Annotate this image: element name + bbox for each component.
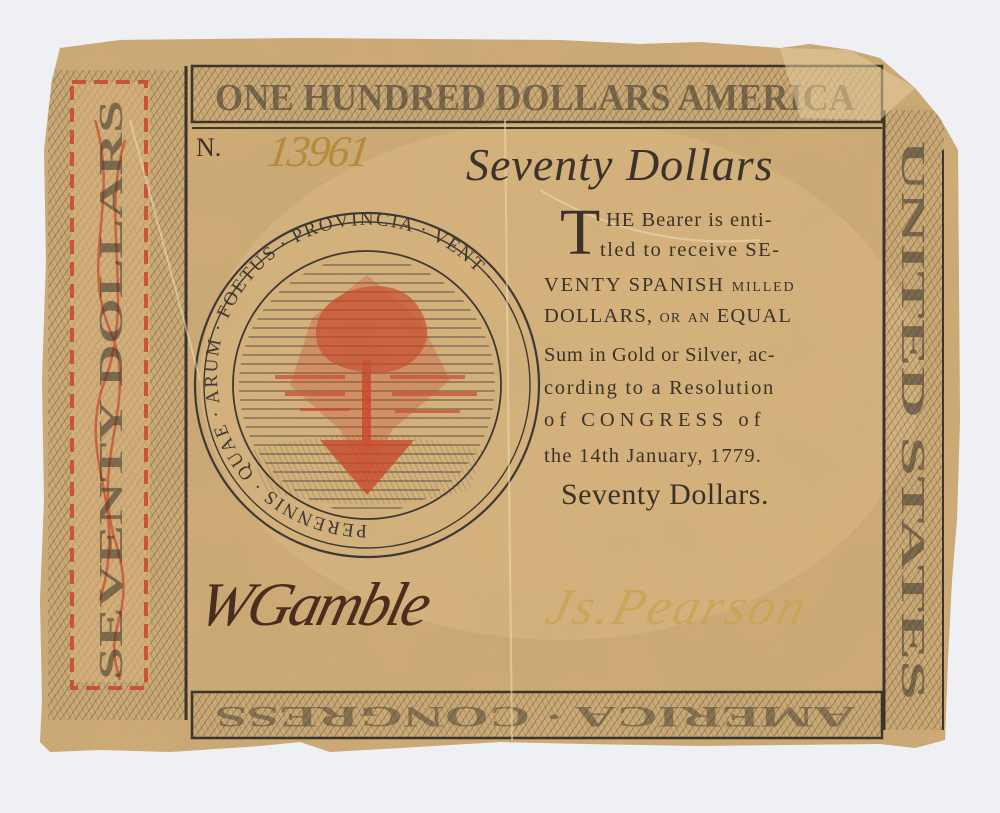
body-line-8: the 14th January, 1779. [544, 446, 762, 467]
body-line-4: DOLLARS, or an EQUAL [544, 306, 792, 327]
drop-cap: T [560, 200, 600, 266]
svg-text:AMERICA · CONGRESS: AMERICA · CONGRESS [215, 700, 855, 733]
serial-prefix: N. [196, 133, 221, 163]
body-line-1: HE Bearer is enti- [606, 210, 773, 231]
signature-left: WGamble [191, 570, 436, 641]
body-line-2: tled to receive SE- [600, 240, 780, 261]
svg-text:SEVENTY DOLLARS: SEVENTY DOLLARS [93, 100, 130, 680]
body-line-5: Sum in Gold or Silver, ac- [544, 345, 775, 366]
banknote-photo: PERENNIS ∙ QUAE ∙ ARUM ∙ FOETUS ∙ PROVIN… [0, 0, 1000, 813]
body-line-7: of CONGRESS of [544, 410, 766, 431]
serial-number: 13961 [264, 126, 371, 177]
banknote-paper: PERENNIS ∙ QUAE ∙ ARUM ∙ FOETUS ∙ PROVIN… [0, 0, 1000, 813]
svg-text:UNITED STATES: UNITED STATES [894, 140, 931, 700]
bottom-denomination: Seventy Dollars. [561, 478, 769, 512]
svg-text:ONE HUNDRED DOLLARS AMERICA: ONE HUNDRED DOLLARS AMERICA [215, 77, 856, 119]
body-line-3: VENTY SPANISH milled [544, 275, 795, 296]
signature-right: Js.Pearson [541, 578, 815, 637]
denomination-title: Seventy Dollars [466, 138, 774, 191]
body-line-6: cording to a Resolution [544, 378, 775, 399]
